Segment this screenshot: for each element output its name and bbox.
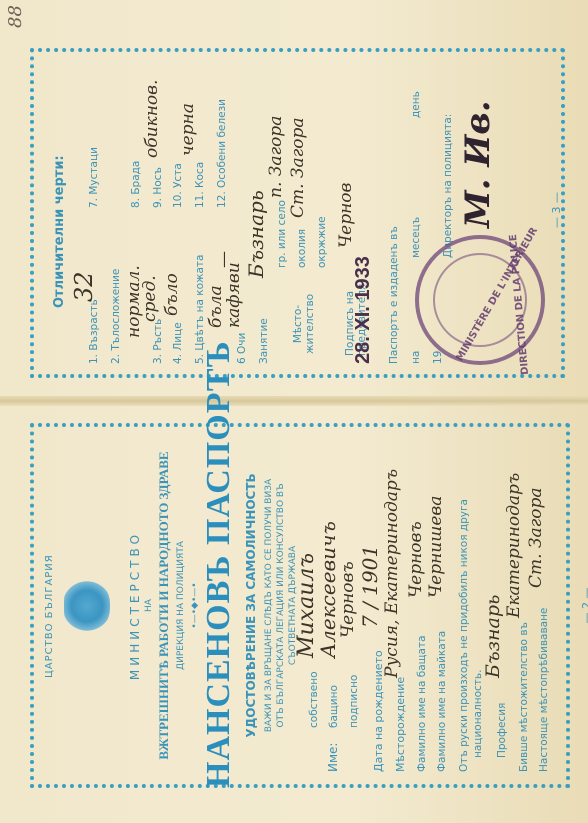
holder-signature-value: Чернов [336,183,356,248]
field-face-value: бъло [162,273,182,316]
field-hair-label: 11. Коса [194,162,206,208]
field-face-label: 4. Лице [172,322,184,364]
father-surname-value: Черновъ [406,521,426,598]
field-skin-value: бъла [206,285,226,328]
field-marks-label: 12. Особени белези [216,99,228,208]
patronymic-value: Алексеевичъ [316,521,340,658]
director-signature: М. Ив. [458,100,498,228]
distinguishing-features-heading: Отличителни черти: [52,155,67,308]
page-2-number: — 2 — [580,423,588,788]
name-label: Име: [326,743,340,772]
ornament: •—•◆•—• [190,423,200,788]
field-eyes-value: кафяви [224,262,244,328]
page-fold [0,396,588,406]
page-2: ЦАРСТВО БЪЛГАРИЯ МИНИСТЕРСТВО НА ВЖТРЕШН… [30,423,570,788]
archive-number: 88 [5,5,26,28]
profession-label: Професия [496,703,508,758]
ministry-line-3: ВЖТРЕШНИТѢ РАБОТИ И НАРОДНОТО ЗДРАВЕ [156,423,172,788]
current-residence-value: Ст. Загора [526,487,546,588]
field-age-label: 1. Възрасть [88,299,100,364]
residence-district-label: околия [296,229,308,268]
residence-region-label: окржжие [316,216,328,268]
patronymic-label: бащино [328,685,340,728]
ministry-line-2: НА [144,423,154,788]
validity-line-1: ВАЖИ И ЗА ВРЪЩАНЕ СЛѢДЪ КАТО СЕ ПОЛУЧИ В… [264,423,274,788]
field-nose-value: обикнов. [142,80,162,158]
issue-date-stamp: 28. XI. 1933 [352,256,375,364]
kingdom-label: ЦАРСТВО БЪЛГАРИЯ [44,554,55,678]
passport-title: НАНСЕНОВЪ ПАСПОРТЪ [200,423,238,788]
field-height-value: сред. [140,275,160,322]
birthplace-value: Русия, Екатеринодаръ [382,469,402,678]
field-mouth-label: 10. Уста [172,163,184,208]
issued-in-label: Паспортъ е издаденъ въ [388,226,400,364]
coat-of-arms-icon [64,580,110,632]
field-height-label: 3. Ръсть [152,319,164,364]
profession-value: Бъзнарь [482,595,504,678]
field-marks-value: — [214,251,234,268]
page-3-number: — 3 — [550,192,563,228]
ministry-line-1: МИНИСТЕРСТВО [128,423,142,788]
day-label: день [410,91,422,118]
field-hair-value: черна [178,103,198,156]
birthplace-label: Мѣсторождение [394,677,407,772]
field-age-value: 32 [70,271,98,302]
field-build-label: 2. Тълосложение [110,269,122,364]
birth-date-value: 7 / 1901 [358,545,382,628]
police-stamp: MINISTÈRE DE L'INTÉRIEUR DIRECTION DE LA… [415,235,545,365]
former-residence-label: Бивше мѣстожителство въ [518,622,530,772]
date-prefix: на [410,351,422,364]
nationality-line-1: Отъ руски произходъ не придобилъ никоя д… [458,499,470,772]
field-moustache-label: 7. Мустаци [88,147,100,208]
validity-line-2: ОТЪ БЪЛГАРСКАТА ЛЕГАЦИЯ ИЛИ КОНСУЛСТВО В… [276,423,286,788]
occupation-label: Занятие [258,318,270,364]
ministry-line-4: ДИРЕКЦИЯ НА ПОЛИЦИЯТА [176,423,186,788]
occupation-value: Бъзнарь [244,190,268,278]
surname-label: подписно [348,675,360,728]
field-nose-label: 9. Носъ [152,167,164,208]
father-surname-label: Фамилно име на бащата [416,635,428,772]
residence-town-value: п. Загора [266,116,286,198]
residence-label: Мѣсто-жителство [292,294,316,354]
surname-value: Черновъ [338,561,358,638]
mother-surname-label: Фамилно име на майката [436,631,448,772]
field-eyes-label: 6 Очи [236,333,248,364]
mother-surname-value: Чернишева [426,496,446,598]
current-residence-label: Настояще мѣстопрѣбиваване [538,608,550,772]
director-label: Директоръ на полицията: [442,114,454,258]
passport-subtitle: УДОСТОВѢРЕНИЕ ЗА САМОЛИЧНОСТЬ [244,423,258,788]
residence-town-label: гр. или село [276,200,288,268]
nationality-line-2: националность. [472,670,484,758]
residence-district-value: Ст. Загора [288,117,308,218]
field-beard-label: 8. Брада [130,161,142,208]
first-name-label: собствено [308,672,320,729]
month-label: месецъ [410,217,422,258]
former-residence-value: Екатеринодаръ [504,473,524,618]
